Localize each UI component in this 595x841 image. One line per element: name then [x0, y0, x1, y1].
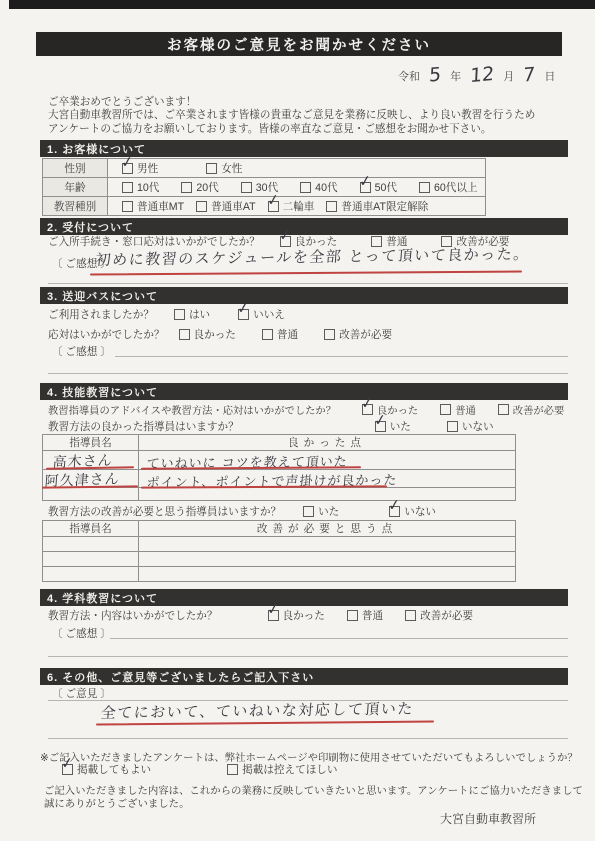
checkbox-age40: ✓ — [300, 182, 311, 193]
checkbox-good: ✓ — [268, 610, 279, 621]
checkbox-at: ✓ — [196, 201, 207, 212]
section3-header: 3. 送迎バスについて — [40, 287, 568, 304]
checkbox-normal: ✓ — [262, 329, 273, 340]
instructor-name-cell — [43, 552, 139, 567]
age-row-label: 年齢 — [43, 178, 108, 197]
checkbox-option-age40: ✓40代 — [300, 180, 337, 195]
improve-instructor-question-row: 教習方法の改善が必要と思う指導員はいますか？ ✓いた ✓いない — [48, 504, 436, 519]
scanned-survey-form: お客様のご意見をお聞かせください 令和 5 年 12 月 7 日 ご卒業おめでと… — [0, 0, 595, 841]
ruled-line — [110, 638, 568, 639]
checkbox-label-inai: いない — [404, 504, 436, 519]
checkbox-option-ita: ✓いた — [303, 504, 339, 519]
checkbox-label-no: いいえ — [253, 307, 285, 322]
checkmark-icon: ✓ — [236, 300, 251, 317]
intro-line-3: アンケートのご協力をお願いしております。皆様の率直なご意見・ご感想をお聞かせ下さ… — [48, 123, 535, 136]
checkbox-motorcycle: ✓ — [268, 201, 279, 212]
ruled-line — [48, 373, 568, 374]
checkbox-option-improve: ✓改善が必要 — [498, 402, 564, 417]
checkbox-option-at: ✓普通車AT — [196, 199, 256, 214]
checkbox-male: ✓ — [122, 163, 133, 174]
gender-row-label: 性別 — [43, 159, 108, 178]
checkbox-label-improve: 改善が必要 — [420, 608, 473, 623]
improve-point-cell — [139, 552, 516, 567]
bus-used-question: ご利用されましたか？ — [48, 307, 154, 322]
checkbox-label-male: 男性 — [137, 161, 158, 176]
table-row-course: 教習種別 ✓普通車MT ✓普通車AT ✓二輪車 ✓普通車AT限定解除 — [43, 197, 486, 216]
checkbox-normal: ✓ — [347, 610, 358, 621]
checkbox-option-good: ✓良かった — [362, 402, 418, 417]
checkbox-label-publish-no: 掲載は控えてほしい — [242, 762, 337, 777]
checkbox-option-inai: ✓いない — [389, 504, 436, 519]
table-row — [43, 552, 516, 567]
instructor-advice-question: 教習指導員のアドバイスや教習方法・応対はいかがでしたか？ — [48, 402, 336, 417]
checkmark-icon: ✓ — [373, 412, 388, 429]
checkmark-icon: ✓ — [266, 601, 281, 618]
bus-used-question-row: ご利用されましたか？ ✓はい ✓いいえ — [48, 307, 285, 322]
checkbox-label-improve: 改善が必要 — [513, 402, 564, 417]
checkbox-good: ✓ — [179, 329, 190, 340]
checkbox-option-normal: ✓普通 — [262, 327, 298, 342]
checkbox-label-normal: 普通 — [455, 402, 476, 417]
instructor-name-header: 指導員名 — [43, 521, 139, 537]
checkbox-good: ✓ — [362, 404, 373, 415]
checkbox-age60: ✓ — [419, 182, 430, 193]
checkbox-option-age20: ✓20代 — [181, 180, 218, 195]
date-year-value: 5 — [429, 65, 442, 85]
checkbox-female: ✓ — [206, 163, 217, 174]
checkbox-label-yes: はい — [189, 307, 210, 322]
checkbox-improve: ✓ — [498, 404, 509, 415]
other-comment-handwriting: 全てにおいて、ていねいな対応して頂いた — [100, 698, 415, 723]
checkbox-no: ✓ — [238, 309, 249, 320]
checkbox-improve: ✓ — [405, 610, 416, 621]
table-header-row: 指導員名 良かった点 — [43, 435, 516, 451]
checkbox-option-improve: ✓改善が必要 — [324, 327, 392, 342]
checkbox-option-normal: ✓普通 — [347, 608, 383, 623]
customer-info-table: 性別 ✓男性 ✓女性 年齢 ✓10代 ✓20代 ✓30代 ✓40代 ✓50代 ✓… — [42, 158, 486, 216]
checkbox-option-improve: ✓改善が必要 — [405, 608, 473, 623]
section4-title: 4. 技能教習について — [47, 384, 158, 400]
checkbox-normal: ✓ — [440, 404, 451, 415]
good-instructor-question-row: 教習方法の良かった指導員はいますか？ ✓いた ✓いない — [48, 419, 494, 434]
table-header-row: 指導員名 改善が必要と思う点 — [43, 521, 516, 537]
checkbox-option-at-limited: ✓普通車AT限定解除 — [326, 199, 428, 214]
checkbox-publish-no: ✓ — [227, 764, 238, 775]
improve-point-cell — [139, 537, 516, 552]
scan-artifact-strip — [9, 0, 595, 9]
improve-point-header: 改善が必要と思う点 — [139, 521, 516, 537]
checkbox-ita: ✓ — [375, 421, 386, 432]
checkmark-icon: ✓ — [387, 497, 402, 514]
checkbox-option-age60: ✓60代以上 — [419, 180, 478, 195]
checkmark-icon: ✓ — [360, 395, 375, 412]
closing-line-1: ご記入いただきました内容は、これからの業務に反映していきたいと思います。アンケー… — [44, 786, 583, 799]
improve-point-cell — [139, 567, 516, 582]
company-name: 大宮自動車教習所 — [440, 810, 536, 827]
section5-title: 4. 学科教習について — [47, 590, 158, 606]
instructor-name-header: 指導員名 — [43, 435, 139, 451]
intro-line-2: 大宮自動車教習所では、ご卒業されます皆様の貴重なご意見を業務に反映し、より良い教… — [48, 109, 535, 122]
checkmark-icon: ✓ — [120, 154, 135, 171]
course-options-cell: ✓普通車MT ✓普通車AT ✓二輪車 ✓普通車AT限定解除 — [108, 197, 486, 216]
checkbox-inai: ✓ — [389, 506, 400, 517]
intro-paragraph: ご卒業おめでとうございます！ 大宮自動車教習所では、ご卒業されます皆様の貴重なご… — [48, 96, 535, 136]
lecture-comment-label: 〔 ご感想 〕 — [52, 626, 111, 641]
improve-instructor-question: 教習方法の改善が必要と思う指導員はいますか？ — [48, 504, 281, 519]
checkmark-icon: ✓ — [266, 192, 281, 209]
ruled-line — [48, 738, 568, 739]
checkbox-label-age60: 60代以上 — [434, 180, 478, 195]
checkmark-icon: ✓ — [60, 755, 75, 772]
checkbox-improve: ✓ — [324, 329, 335, 340]
checkbox-option-motorcycle: ✓二輪車 — [268, 199, 315, 214]
lecture-question: 教習方法・内容はいかがでしたか？ — [48, 608, 218, 623]
checkbox-label-mt: 普通車MT — [137, 199, 184, 214]
section6-title: 6. その他、ご意見等ございましたらご記入下さい — [47, 669, 314, 685]
date-month-value: 12 — [470, 65, 495, 86]
good-point-header: 良かった点 — [139, 435, 516, 451]
other-comment-label: 〔 ご意見 〕 — [52, 686, 111, 701]
checkbox-label-good: 良かった — [283, 608, 325, 623]
section2-title: 2. 受付について — [47, 219, 134, 235]
age-options-cell: ✓10代 ✓20代 ✓30代 ✓40代 ✓50代 ✓60代以上 — [108, 178, 486, 197]
bus-service-question-row: 応対はいかがでしたか？ ✓良かった ✓普通 ✓改善が必要 — [48, 327, 392, 342]
checkbox-label-publish-ok: 掲載してもよい — [77, 762, 151, 777]
lecture-question-row: 教習方法・内容はいかがでしたか？ ✓良かった ✓普通 ✓改善が必要 — [48, 608, 473, 623]
checkbox-ita: ✓ — [303, 506, 314, 517]
checkbox-publish-ok: ✓ — [62, 764, 73, 775]
checkbox-option-male: ✓男性 — [122, 161, 158, 176]
checkbox-option-female: ✓女性 — [206, 161, 242, 176]
checkbox-option-ita: ✓いた — [375, 419, 411, 434]
checkbox-yes: ✓ — [174, 309, 185, 320]
checkbox-option-publish-no: ✓掲載は控えてほしい — [227, 762, 337, 777]
bus-comment-label: 〔 ご感想 〕 — [52, 344, 111, 359]
checkbox-label-improve: 改善が必要 — [339, 327, 392, 342]
instructor-advice-question-row: 教習指導員のアドバイスや教習方法・応対はいかがでしたか？ ✓良かった ✓普通 ✓… — [48, 402, 564, 417]
closing-message: ご記入いただきました内容は、これからの業務に反映していきたいと思います。アンケー… — [44, 786, 583, 811]
ruled-line — [48, 656, 568, 657]
section6-header: 6. その他、ご意見等ございましたらご記入下さい — [40, 668, 568, 685]
instructor-name-cell — [43, 567, 139, 582]
table-row-gender: 性別 ✓男性 ✓女性 — [43, 159, 486, 178]
checkbox-option-age10: ✓10代 — [122, 180, 159, 195]
checkbox-option-normal: ✓普通 — [440, 402, 476, 417]
bus-service-question: 応対はいかがでしたか？ — [48, 327, 165, 342]
ruled-line — [115, 356, 568, 357]
section5-header: 4. 学科教習について — [40, 589, 568, 606]
checkbox-option-good: ✓良かった — [268, 608, 325, 623]
good-instructor-question: 教習方法の良かった指導員はいますか？ — [48, 419, 239, 434]
era-label: 令和 — [398, 68, 420, 84]
checkbox-age20: ✓ — [181, 182, 192, 193]
instructor-name-cell — [43, 537, 139, 552]
checkbox-option-mt: ✓普通車MT — [122, 199, 184, 214]
month-unit-label: 月 — [503, 68, 514, 84]
checkbox-label-age40: 40代 — [315, 180, 337, 195]
form-title: お客様のご意見をお聞かせください — [167, 34, 431, 55]
checkbox-option-good: ✓良かった — [179, 327, 236, 342]
table-row — [43, 537, 516, 552]
year-unit-label: 年 — [450, 68, 461, 84]
ruled-line — [48, 283, 568, 284]
section4-header: 4. 技能教習について — [40, 383, 568, 400]
date-line: 令和 5 年 12 月 7 日 — [398, 66, 555, 85]
day-unit-label: 日 — [544, 68, 555, 84]
checkbox-at-limited: ✓ — [326, 201, 337, 212]
improve-instructor-table: 指導員名 改善が必要と思う点 — [42, 520, 516, 582]
checkbox-age50: ✓ — [360, 182, 371, 193]
checkbox-label-motorcycle: 二輪車 — [283, 199, 315, 214]
checkbox-age30: ✓ — [241, 182, 252, 193]
table-row — [43, 567, 516, 582]
checkmark-icon: ✓ — [358, 173, 373, 190]
checkbox-label-age10: 10代 — [137, 180, 159, 195]
checkbox-label-normal: 普通 — [362, 608, 383, 623]
checkbox-label-inai: いない — [462, 419, 494, 434]
red-underline — [90, 270, 522, 275]
checkbox-option-age50: ✓50代 — [360, 180, 397, 195]
checkbox-label-at: 普通車AT — [211, 199, 256, 214]
checkbox-label-female: 女性 — [221, 161, 242, 176]
checkbox-label-good: 良かった — [194, 327, 236, 342]
checkbox-label-at-limited: 普通車AT限定解除 — [341, 199, 428, 214]
date-day-value: 7 — [523, 65, 536, 85]
intro-line-1: ご卒業おめでとうございます！ — [48, 96, 535, 109]
checkbox-option-publish-ok: ✓掲載してもよい — [62, 762, 151, 777]
publish-options-row: ✓掲載してもよい ✓掲載は控えてほしい — [62, 762, 338, 777]
checkbox-option-yes: ✓はい — [174, 307, 210, 322]
checkbox-label-ita: いた — [318, 504, 339, 519]
gender-options-cell: ✓男性 ✓女性 — [108, 159, 486, 178]
checkbox-option-no: ✓いいえ — [238, 307, 285, 322]
checkbox-label-ita: いた — [390, 419, 411, 434]
form-title-bar: お客様のご意見をお聞かせください — [36, 32, 562, 56]
checkbox-inai: ✓ — [447, 421, 458, 432]
checkbox-label-normal: 普通 — [277, 327, 298, 342]
checkmark-icon: ✓ — [278, 227, 293, 244]
checkbox-option-inai: ✓いない — [447, 419, 494, 434]
course-row-label: 教習種別 — [43, 197, 108, 216]
section3-title: 3. 送迎バスについて — [47, 288, 158, 304]
checkbox-label-age50: 50代 — [375, 180, 397, 195]
checkbox-mt: ✓ — [122, 201, 133, 212]
table-row-age: 年齢 ✓10代 ✓20代 ✓30代 ✓40代 ✓50代 ✓60代以上 — [43, 178, 486, 197]
checkbox-age10: ✓ — [122, 182, 133, 193]
checkbox-label-age20: 20代 — [196, 180, 218, 195]
section2-header: 2. 受付について — [40, 218, 568, 235]
